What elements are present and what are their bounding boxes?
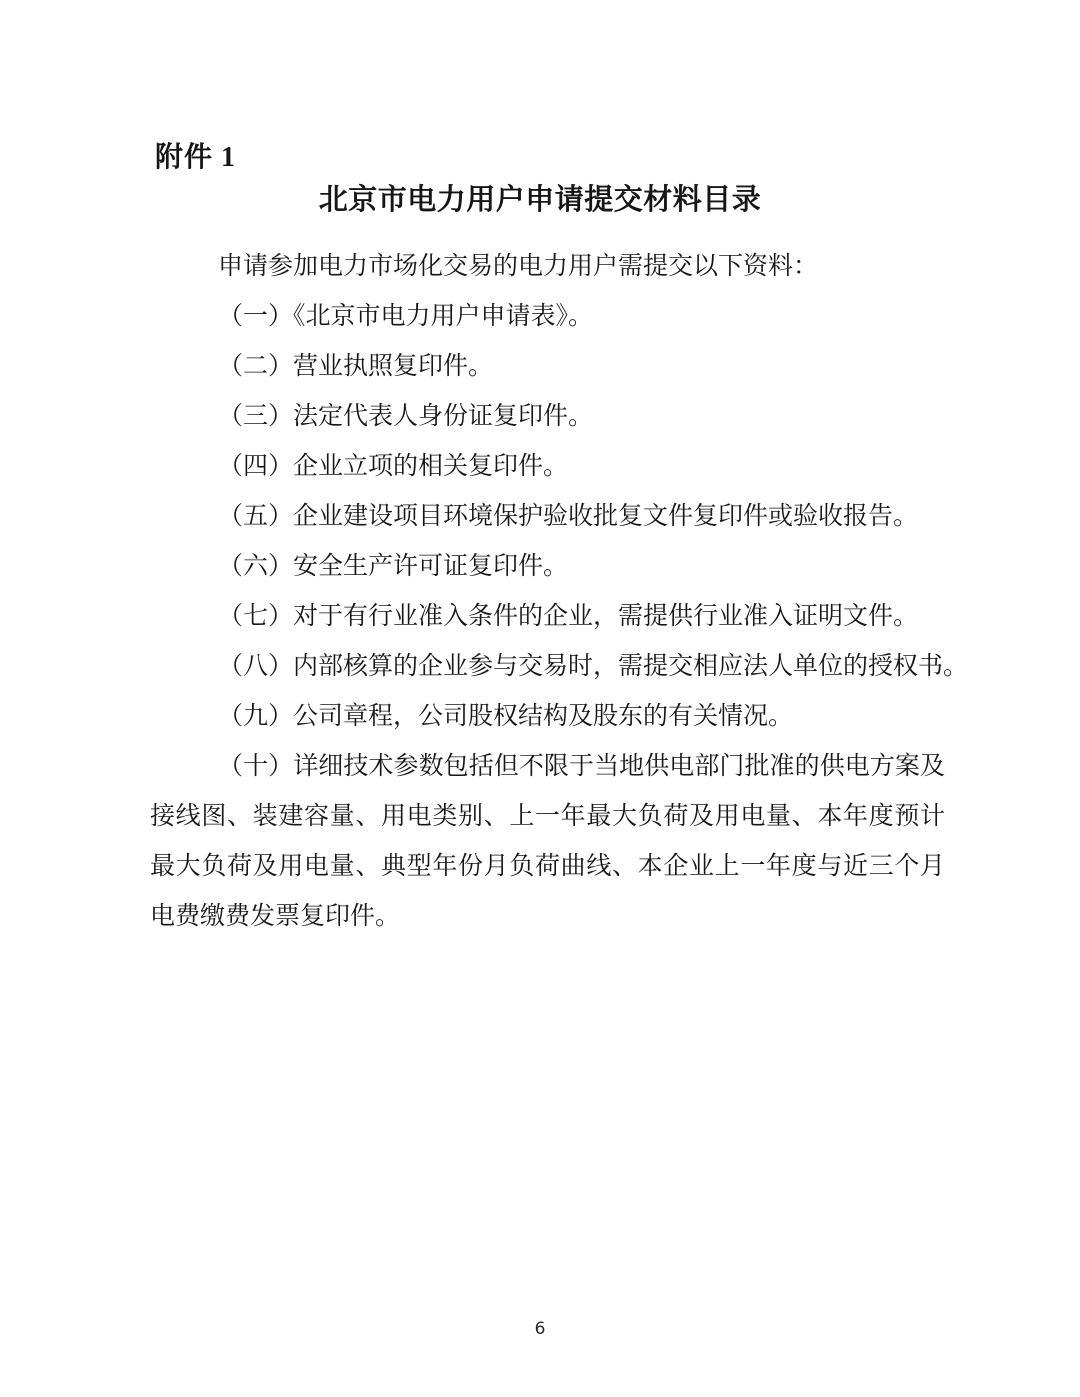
list-item: （八）内部核算的企业参与交易时，需提交相应法人单位的授权书。	[150, 642, 945, 692]
list-item: （三）法定代表人身份证复印件。	[150, 392, 945, 442]
document-body: 申请参加电力市场化交易的电力用户需提交以下资料： （一）《北京市电力用户申请表》…	[150, 242, 945, 942]
list-item: （一）《北京市电力用户申请表》。	[150, 292, 945, 342]
intro-paragraph: 申请参加电力市场化交易的电力用户需提交以下资料：	[150, 242, 945, 292]
list-item: （五）企业建设项目环境保护验收批复文件复印件或验收报告。	[150, 492, 945, 542]
page-number: 6	[0, 1319, 1080, 1339]
attachment-label: 附件 1	[155, 140, 236, 176]
list-item: （六）安全生产许可证复印件。	[150, 542, 945, 592]
list-item: （十）详细技术参数包括但不限于当地供电部门批准的供电方案及接线图、装建容量、用电…	[150, 742, 945, 942]
list-item: （二）营业执照复印件。	[150, 342, 945, 392]
document-page: 附件 1 北京市电力用户申请提交材料目录 申请参加电力市场化交易的电力用户需提交…	[0, 0, 1080, 1397]
page-title: 北京市电力用户申请提交材料目录	[150, 181, 930, 219]
list-item: （九）公司章程，公司股权结构及股东的有关情况。	[150, 692, 945, 742]
list-item: （四）企业立项的相关复印件。	[150, 442, 945, 492]
list-item: （七）对于有行业准入条件的企业，需提供行业准入证明文件。	[150, 592, 945, 642]
